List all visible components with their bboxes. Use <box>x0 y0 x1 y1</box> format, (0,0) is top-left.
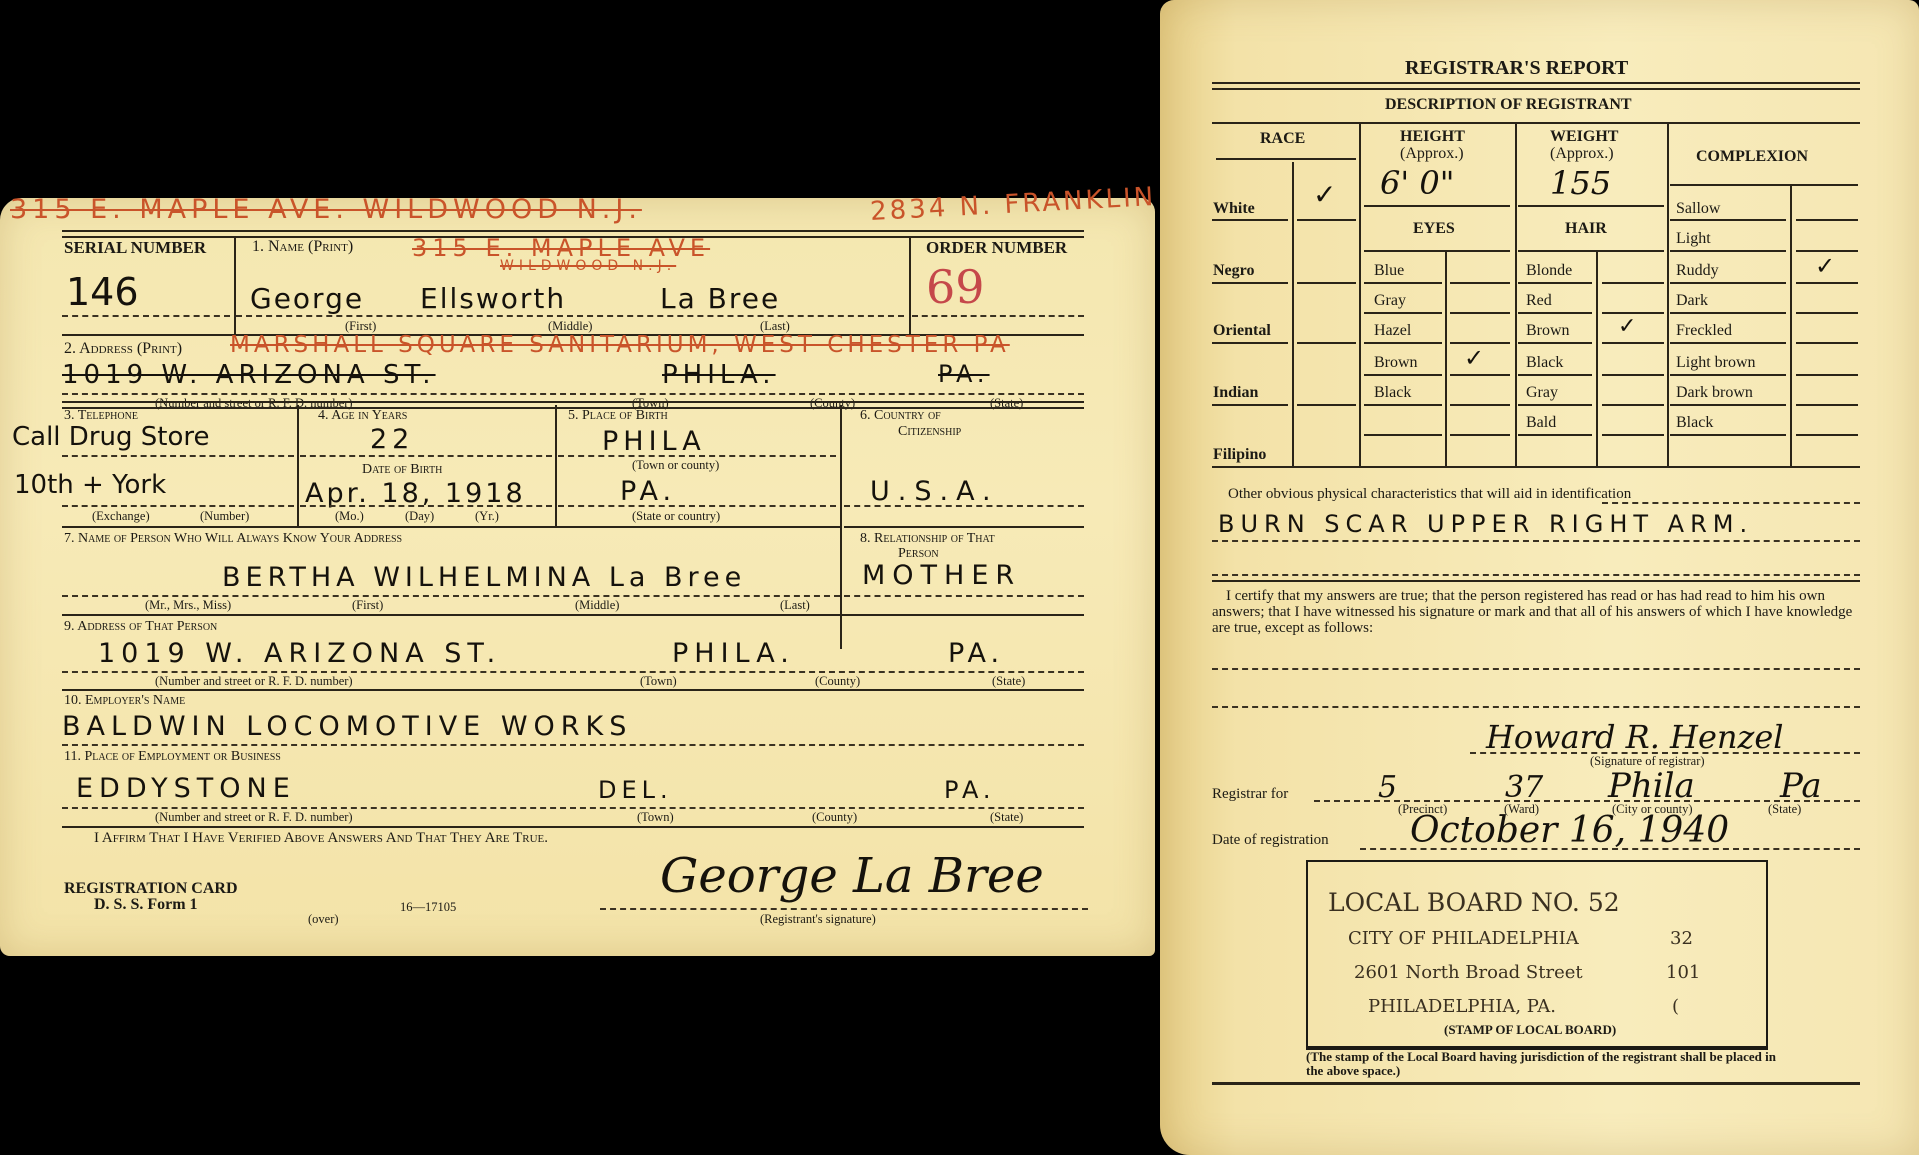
registrant-signature-caption: (Registrant's signature) <box>760 912 876 927</box>
date-of-birth-label: Date of Birth <box>362 462 442 478</box>
contact-middle-caption: (Middle) <box>575 598 619 613</box>
form-number: D. S. S. Form 1 <box>94 896 198 914</box>
race-option-filipino: Filipino <box>1213 446 1266 464</box>
telephone-exchange-caption: (Exchange) <box>92 509 150 524</box>
contact-address-state: PA. <box>948 638 1004 669</box>
over-label: (over) <box>308 912 339 927</box>
employment-town-caption: (Town) <box>637 810 674 825</box>
weight-header: WEIGHT <box>1550 128 1618 146</box>
complexion-option-ruddy: Ruddy <box>1676 262 1719 280</box>
contact-state-caption: (State) <box>992 674 1025 689</box>
name-last: La Bree <box>660 282 780 315</box>
other-characteristics-label: Other obvious physical characteristics t… <box>1228 486 1631 503</box>
place-of-birth-town: PHILA <box>602 426 706 457</box>
stamp-number-partial: ( <box>1672 996 1679 1017</box>
telephone-line-2: 10th + York <box>14 470 166 500</box>
complexion-option-light-brown: Light brown <box>1676 354 1756 372</box>
hair-option-bald: Bald <box>1526 414 1556 432</box>
dob-month-caption: (Mo.) <box>335 509 364 524</box>
hair-brown-check-icon: ✓ <box>1618 314 1636 339</box>
relationship-label-1: 8. Relationship of That <box>860 531 995 547</box>
eyes-option-brown: Brown <box>1374 354 1418 372</box>
complexion-option-dark-brown: Dark brown <box>1676 384 1753 402</box>
citizenship-label-1: 6. Country of <box>860 408 941 424</box>
hair-option-red: Red <box>1526 292 1552 310</box>
contact-street-caption: (Number and street or R. F. D. number) <box>155 674 353 689</box>
stamp-caption: (STAMP OF LOCAL BOARD) <box>1444 1022 1616 1038</box>
employment-state-caption: (State) <box>990 810 1023 825</box>
stamp-street: 2601 North Broad Street <box>1354 962 1583 983</box>
complexion-option-freckled: Freckled <box>1676 322 1732 340</box>
stamp-board-number: LOCAL BOARD NO. 52 <box>1328 888 1620 917</box>
address-label: 2. Address (Print) <box>64 340 182 358</box>
contact-person-label: 7. Name of Person Who Will Always Know Y… <box>64 531 402 547</box>
place-of-employment-county: DEL. <box>598 776 673 804</box>
contact-town-caption: (Town) <box>640 674 677 689</box>
age-label: 4. Age in Years <box>318 408 407 424</box>
address-state: PA. <box>938 360 990 388</box>
hair-option-black: Black <box>1526 354 1563 372</box>
struck-name-annotation-2: WILDWOOD N.J. <box>500 258 676 274</box>
date-of-registration-label: Date of registration <box>1212 832 1329 849</box>
stamp-city: CITY OF PHILADELPHIA <box>1348 928 1579 949</box>
serial-number-label: SERIAL NUMBER <box>64 238 206 258</box>
race-header: RACE <box>1260 130 1305 148</box>
complexion-header: COMPLEXION <box>1696 148 1808 166</box>
contact-address-town: PHILA. <box>672 638 795 669</box>
stamp-city-state: PHILADELPHIA, PA. <box>1368 996 1556 1017</box>
complexion-option-black: Black <box>1676 414 1713 432</box>
stamp-number-32: 32 <box>1670 928 1693 949</box>
registrar-for-label: Registrar for <box>1212 786 1288 803</box>
struck-old-address-annotation: 315 E. MAPLE AVE. WILDWOOD N.J. <box>10 194 642 225</box>
stamp-note: (The stamp of the Local Board having jur… <box>1306 1050 1776 1078</box>
contact-address-street: 1019 W. ARIZONA ST. <box>98 638 501 669</box>
hair-option-brown: Brown <box>1526 322 1570 340</box>
place-of-birth-state: PA. <box>620 476 676 507</box>
hair-option-gray: Gray <box>1526 384 1558 402</box>
telephone-line-1: Call Drug Store <box>12 422 209 452</box>
registrar-signature: Howard R. Henzel <box>1486 718 1784 756</box>
employment-street-caption: (Number and street or R. F. D. number) <box>155 810 353 825</box>
stamp-number-101: 101 <box>1666 962 1700 983</box>
contact-address-label: 9. Address of That Person <box>64 619 217 635</box>
contact-title-caption: (Mr., Mrs., Miss) <box>145 598 231 613</box>
race-option-white: White <box>1213 200 1255 218</box>
serial-number-value: 146 <box>66 270 139 314</box>
eyes-header: EYES <box>1413 220 1455 238</box>
eyes-option-gray: Gray <box>1374 292 1406 310</box>
weight-value: 155 <box>1550 164 1611 202</box>
contact-person-value: BERTHA WILHELMINA La Bree <box>222 562 746 593</box>
place-of-birth-state-caption: (State or country) <box>632 509 720 524</box>
employer-label: 10. Employer's Name <box>64 693 185 709</box>
certification-text: I certify that my answers are true; that… <box>1212 588 1862 636</box>
hair-option-blonde: Blonde <box>1526 262 1572 280</box>
dob-year-caption: (Yr.) <box>475 509 499 524</box>
contact-county-caption: (County) <box>815 674 860 689</box>
order-number-label: ORDER NUMBER <box>926 238 1067 258</box>
local-board-stamp: LOCAL BOARD NO. 52 CITY OF PHILADELPHIA … <box>1306 860 1768 1050</box>
place-of-employment-state: PA. <box>944 776 996 804</box>
address-street: 1019 W. ARIZONA ST. <box>62 360 436 390</box>
name-first: George <box>250 282 364 315</box>
report-title: REGISTRAR'S REPORT <box>1405 57 1628 80</box>
weight-approx: (Approx.) <box>1550 145 1614 163</box>
eyes-brown-check-icon: ✓ <box>1464 344 1484 372</box>
height-value: 6' 0" <box>1380 164 1454 202</box>
other-characteristics-value: BURN SCAR UPPER RIGHT ARM. <box>1218 510 1753 538</box>
height-approx: (Approx.) <box>1400 145 1464 163</box>
place-of-employment-street: EDDYSTONE <box>76 773 296 804</box>
complexion-ruddy-check-icon: ✓ <box>1815 252 1835 280</box>
date-of-registration-value: October 16, 1940 <box>1410 810 1729 851</box>
description-subtitle: DESCRIPTION OF REGISTRANT <box>1385 96 1632 114</box>
hair-header: HAIR <box>1565 220 1607 238</box>
complexion-option-light: Light <box>1676 230 1711 248</box>
telephone-number-caption: (Number) <box>200 509 249 524</box>
complexion-option-sallow: Sallow <box>1676 200 1720 218</box>
state-caption: (State) <box>1768 802 1801 817</box>
relationship-value: MOTHER <box>862 560 1021 591</box>
registration-card-front: 315 E. MAPLE AVE. WILDWOOD N.J. 2834 N. … <box>0 198 1155 956</box>
place-of-birth-label: 5. Place of Birth <box>568 408 668 424</box>
employment-county-caption: (County) <box>812 810 857 825</box>
eyes-option-black: Black <box>1374 384 1411 402</box>
dob-day-caption: (Day) <box>405 509 434 524</box>
eyes-option-blue: Blue <box>1374 262 1404 280</box>
affirmation-text: I Affirm That I Have Verified Above Answ… <box>94 830 548 847</box>
place-of-employment-label: 11. Place of Employment or Business <box>64 749 281 765</box>
height-header: HEIGHT <box>1400 128 1465 146</box>
contact-first-caption: (First) <box>352 598 383 613</box>
complexion-option-dark: Dark <box>1676 292 1708 310</box>
order-number-value: 69 <box>926 260 985 314</box>
race-option-negro: Negro <box>1213 262 1254 280</box>
name-middle: Ellsworth <box>420 282 566 315</box>
registrars-report-back: REGISTRAR'S REPORT DESCRIPTION OF REGIST… <box>1160 0 1919 1155</box>
contact-last-caption: (Last) <box>780 598 810 613</box>
race-white-check-icon: ✓ <box>1313 178 1336 211</box>
race-option-indian: Indian <box>1213 384 1258 402</box>
form-code: 16—17105 <box>400 900 456 915</box>
struck-address-annotation: MARSHALL SQUARE SANITARIUM, WEST CHESTER… <box>230 332 1010 358</box>
place-of-birth-town-caption: (Town or county) <box>632 458 719 473</box>
citizenship-value: U.S.A. <box>870 476 999 507</box>
eyes-option-hazel: Hazel <box>1374 322 1411 340</box>
employer-value: BALDWIN LOCOMOTIVE WORKS <box>62 711 632 742</box>
race-option-oriental: Oriental <box>1213 322 1271 340</box>
name-label: 1. Name (Print) <box>252 238 353 256</box>
age-value: 22 <box>370 424 414 455</box>
citizenship-label-2: Citizenship <box>898 424 961 440</box>
registrant-signature: George La Bree <box>660 848 1044 904</box>
address-town: PHILA. <box>662 360 776 390</box>
